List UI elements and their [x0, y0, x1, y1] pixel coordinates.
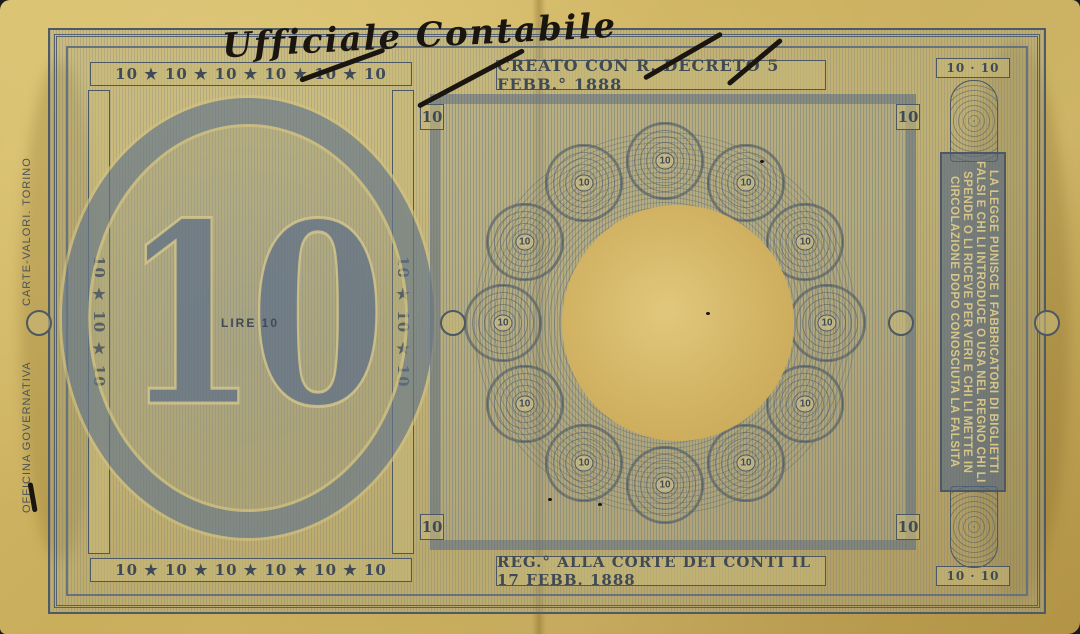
- medallion-label: 10: [655, 153, 674, 170]
- medallion-label: 10: [515, 396, 534, 413]
- medallion-label: 10: [796, 234, 815, 251]
- center-left-ornament-icon: [440, 310, 466, 336]
- medallion: 10: [545, 424, 623, 502]
- medallion-label: 10: [574, 174, 593, 191]
- strip-text: 10 ★ 10 ★ 10 ★ 10 ★ 10 ★ 10: [115, 561, 387, 579]
- strip-text: 10 · 10: [947, 569, 1000, 583]
- medallion: 10: [788, 284, 866, 362]
- center-right-ornament-icon: [888, 310, 914, 336]
- bottom-legend: REG.° ALLA CORTE DEI CONTI IL 17 FEBB. 1…: [496, 556, 826, 586]
- penalty-text-block: LA LEGGE PUNISCE I FABBRICATORI DI BIGLI…: [940, 152, 1006, 492]
- medallion-label: 10: [493, 315, 512, 332]
- side-top-ornament-icon: [950, 80, 998, 162]
- printer-imprint: OFFICINA GOVERNATIVA CARTE-VALORI. TORIN…: [14, 130, 40, 540]
- strip-text: 10 · 10: [947, 61, 1000, 75]
- left-top-strip: 10 ★ 10 ★ 10 ★ 10 ★ 10 ★ 10: [90, 62, 412, 86]
- right-ornament-icon: [1034, 310, 1060, 336]
- corner-mark: 10: [420, 104, 444, 130]
- side-top-strip: 10 · 10: [936, 58, 1010, 78]
- medallion: 10: [707, 144, 785, 222]
- corner-mark: 10: [420, 514, 444, 540]
- strip-text: 10 ★ 10 ★ 10 ★ 10 ★ 10 ★ 10: [115, 65, 387, 83]
- corner-mark: 10: [896, 104, 920, 130]
- medallion: 10: [464, 284, 542, 362]
- bottom-legend-text: REG.° ALLA CORTE DEI CONTI IL 17 FEBB. 1…: [497, 553, 825, 589]
- medallion: 10: [486, 203, 564, 281]
- top-legend-text: CREATO CON R. DECRETO 5 FEBB.° 1888: [497, 56, 825, 94]
- medallion-label: 10: [655, 477, 674, 494]
- watermark-window: [562, 205, 794, 441]
- medallion: 10: [626, 446, 704, 524]
- ink-dot: [548, 498, 552, 501]
- penalty-text: LA LEGGE PUNISCE I FABBRICATORI DI BIGLI…: [947, 154, 999, 490]
- left-bottom-strip: 10 ★ 10 ★ 10 ★ 10 ★ 10 ★ 10: [90, 558, 412, 582]
- medallion: 10: [545, 144, 623, 222]
- medallion-label: 10: [817, 315, 836, 332]
- medallion-label: 10: [515, 234, 534, 251]
- imprint-line: CARTE-VALORI. TORINO: [21, 157, 33, 306]
- corner-mark: 10: [896, 514, 920, 540]
- ink-dot: [760, 160, 764, 163]
- medallion-label: 10: [796, 396, 815, 413]
- side-bottom-strip: 10 · 10: [936, 566, 1010, 586]
- medallion-label: 10: [736, 174, 755, 191]
- medallion: 10: [626, 122, 704, 200]
- lire-tag: LIRE 10: [150, 316, 350, 330]
- side-bottom-ornament-icon: [950, 486, 998, 568]
- medallion: 10: [486, 365, 564, 443]
- ink-dot: [706, 312, 710, 315]
- medallion-label: 10: [736, 455, 755, 472]
- medallion-label: 10: [574, 455, 593, 472]
- ink-dot: [598, 503, 602, 506]
- medallion: 10: [707, 424, 785, 502]
- denomination-text: 10: [122, 190, 378, 440]
- denomination-numeral: 10: [120, 180, 380, 450]
